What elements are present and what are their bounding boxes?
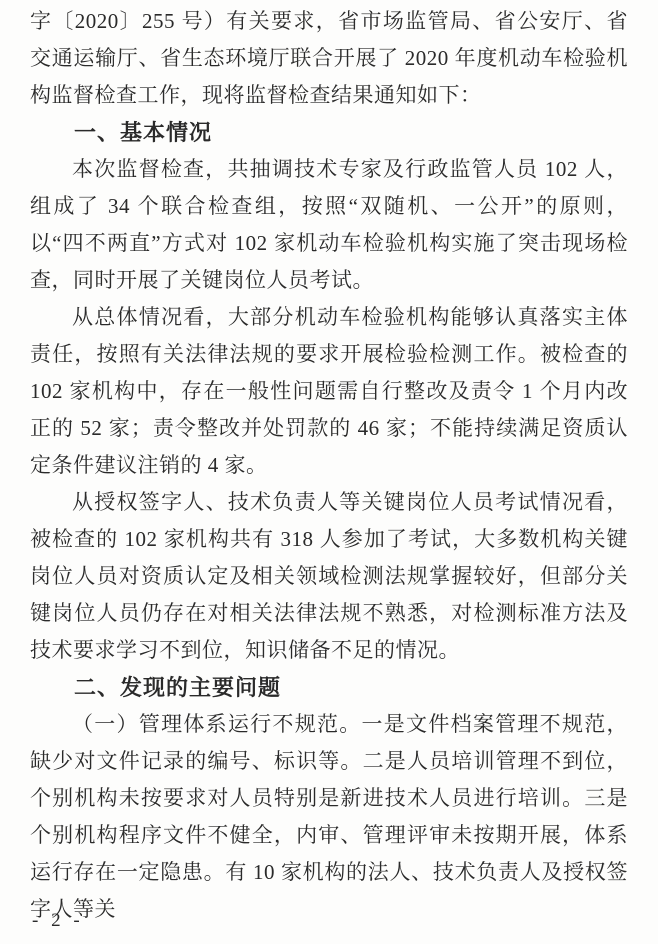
body-paragraph: （一）管理体系运行不规范。一是文件档案管理不规范，缺少对文件记录的编号、标识等。… xyxy=(30,706,628,928)
section-heading: 一、基本情况 xyxy=(30,114,628,151)
document-page: 字〔2020〕255 号）有关要求，省市场监管局、省公安厅、省交通运输厅、省生态… xyxy=(0,0,658,944)
body-paragraph: 从授权签字人、技术负责人等关键岗位人员考试情况看，被检查的 102 家机构共有 … xyxy=(30,484,628,669)
section-heading: 二、发现的主要问题 xyxy=(30,669,628,706)
document-body: 字〔2020〕255 号）有关要求，省市场监管局、省公安厅、省交通运输厅、省生态… xyxy=(30,3,628,928)
body-paragraph: 从总体情况看，大部分机动车检验机构能够认真落实主体责任，按照有关法律法规的要求开… xyxy=(30,299,628,484)
body-paragraph: 本次监督检查，共抽调技术专家及行政监管人员 102 人，组成了 34 个联合检查… xyxy=(30,151,628,299)
body-paragraph: 字〔2020〕255 号）有关要求，省市场监管局、省公安厅、省交通运输厅、省生态… xyxy=(30,3,628,114)
page-number: - 2 - xyxy=(32,910,84,932)
